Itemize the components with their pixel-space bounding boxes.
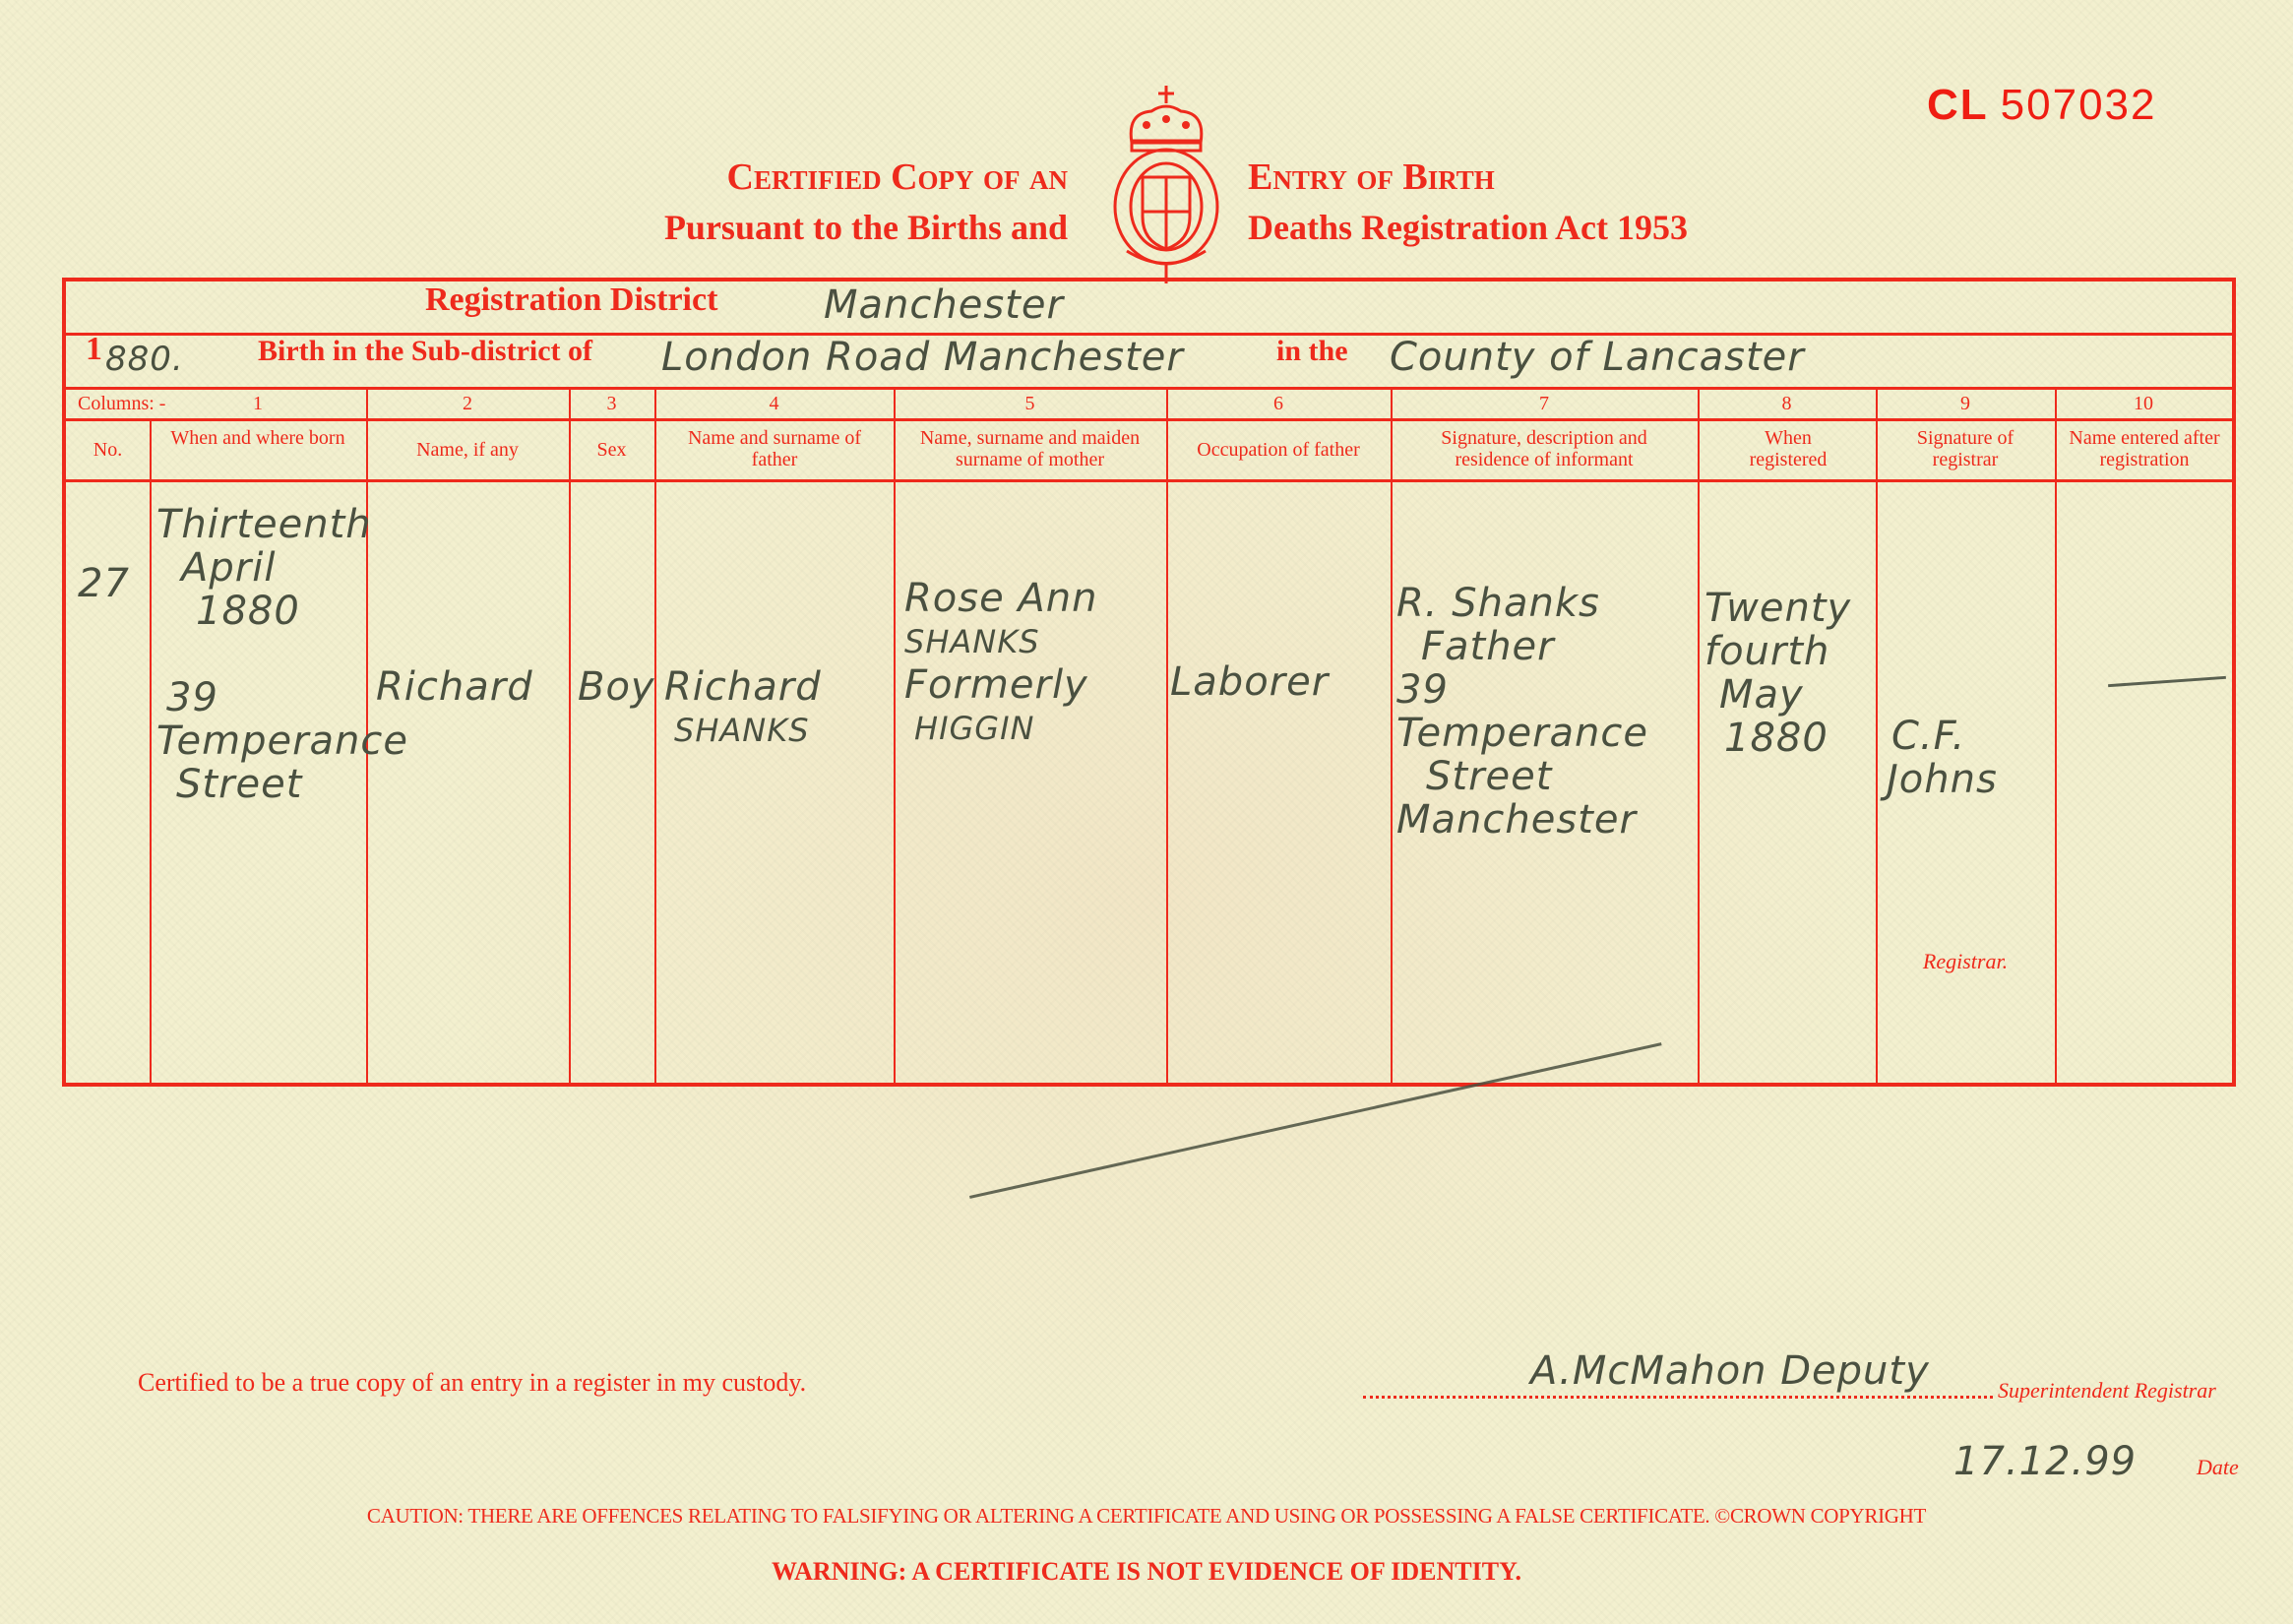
column-number-4: 4 [654,393,894,414]
header-occupation: Occupation of father [1166,439,1391,461]
caution-notice: CAUTION: THERE ARE OFFENCES RELATING TO … [0,1504,2293,1529]
header-no: No. [66,439,150,461]
birth-entry-table: Registration District Manchester 1 880. … [62,278,2236,1087]
header-name: Name, if any [366,439,569,461]
header-when-registered: When registered [1739,427,1837,470]
date-value: 17.12.99 [1953,1439,2137,1484]
column-number-10: 10 [2055,393,2232,414]
superintendent-registrar-label: Superintendent Registrar [1998,1378,2216,1404]
column-number-5: 5 [894,393,1166,414]
column-number-9: 9 [1876,393,2055,414]
registrar-label: Registrar. [1876,951,2055,972]
identity-warning: WARNING: A CERTIFICATE IS NOT EVIDENCE O… [0,1557,2293,1587]
title-right-line-1: Entry of Birth [1248,156,1495,199]
header-name-after-registration: Name entered after registration [2060,427,2229,470]
header-father: Name and surname of father [681,427,868,470]
registration-district-label: Registration District [425,289,717,311]
column-number-2: 2 [366,393,569,414]
entry-when-where-born: Thirteenth April 1880 39 Temperance Stre… [156,503,373,806]
entry-father: Richard SHANKS [664,665,822,752]
entry-sex: Boy [578,665,655,709]
year-handwritten: 880. [105,338,184,381]
serial-number: CL507032 [1927,81,2156,130]
header-registrar-signature: Signature of registrar [1911,427,2019,470]
entry-name-after-registration-dash [2108,676,2226,687]
header-mother: Name, surname and maiden surname of moth… [903,427,1156,470]
entry-when-registered: Twenty fourth May 1880 [1704,587,1851,760]
royal-coat-of-arms-icon [1107,84,1225,285]
column-number-6: 6 [1166,393,1391,414]
column-number-8: 8 [1698,393,1876,414]
subdistrict-value: London Road Manchester [661,336,1184,379]
subdistrict-label: Birth in the Sub-district of [258,341,592,362]
entry-occupation: Laborer [1170,660,1329,704]
signature-dotted-line [1363,1396,1993,1399]
superintendent-signature: A.McMahon Deputy [1530,1348,1930,1394]
entry-number: 27 [78,562,130,605]
column-number-3: 3 [569,393,654,414]
county-label: in the [1276,341,1348,362]
serial-prefix: CL [1927,81,1989,129]
title-left-line-1: Certified Copy of an [727,156,1068,199]
certified-statement: Certified to be a true copy of an entry … [138,1368,806,1398]
column-number-7: 7 [1391,393,1698,414]
entry-mother: Rose Ann SHANKS Formerly HIGGIN [904,577,1098,750]
serial-digits: 507032 [2001,81,2157,129]
county-value: County of Lancaster [1390,336,1805,379]
header-sex: Sex [569,439,654,461]
entry-name: Richard [376,665,533,709]
title-left-line-2: Pursuant to the Births and [664,207,1068,248]
entry-informant: R. Shanks Father 39 Temperance Street Ma… [1396,582,1648,842]
entry-registrar-signature: C.F. Johns [1882,715,1998,801]
header-informant: Signature, description and residence of … [1410,427,1678,470]
year-printed-prefix: 1 [86,339,102,360]
title-right-line-2: Deaths Registration Act 1953 [1248,207,1688,248]
header-when-where-born: When and where born [159,427,356,449]
date-label: Date [2197,1455,2239,1480]
column-number-1: 1 [150,393,366,414]
registration-district-value: Manchester [824,283,1064,327]
